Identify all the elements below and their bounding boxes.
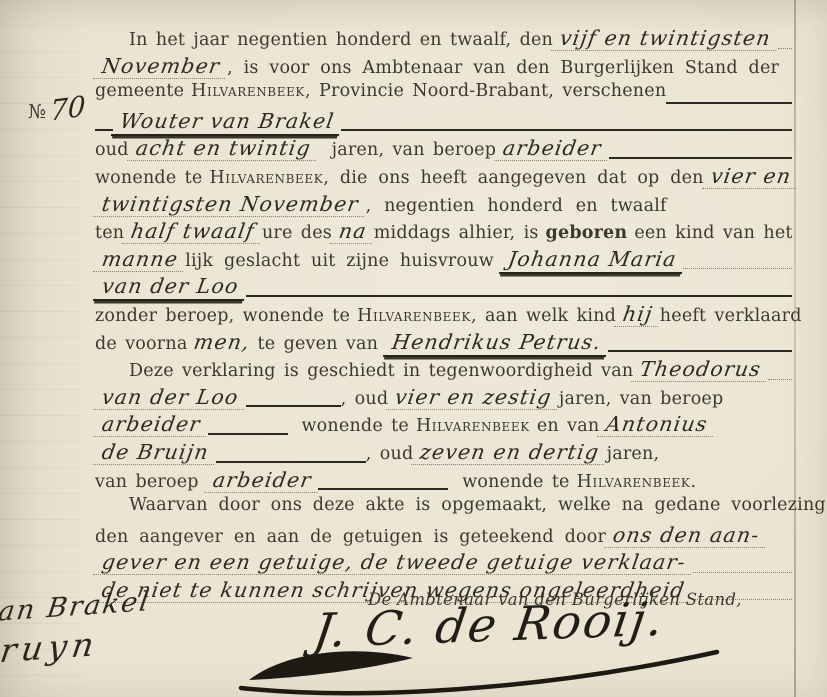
dash-line bbox=[95, 127, 113, 131]
document-line: wonende te Hilvarenbeek , die ons heeft … bbox=[95, 164, 792, 192]
fill-line bbox=[246, 293, 792, 297]
handwritten-entry: acht en twintig bbox=[127, 136, 320, 161]
document-line: Waarvan door ons deze akte is opgemaakt,… bbox=[95, 495, 792, 523]
document-line: de Bruijn , oud zeven en dertig jaren, bbox=[95, 440, 792, 468]
fill-line bbox=[683, 265, 792, 269]
printed-text: , die ons heeft aangegeven dat op den bbox=[323, 168, 703, 188]
handwritten-entry: na bbox=[330, 219, 376, 244]
dash-line bbox=[318, 486, 448, 490]
handwritten-entry: men, bbox=[186, 330, 260, 354]
handwritten-name: van der Loo bbox=[93, 274, 248, 301]
document-line: November , is voor ons Ambtenaar van den… bbox=[95, 54, 792, 82]
fill-line bbox=[608, 348, 792, 352]
document-line: ten half twaalf ure des na middags alhie… bbox=[95, 219, 792, 247]
handwritten-entry: manne bbox=[93, 247, 187, 272]
printed-text: Hilvarenbeek bbox=[191, 81, 305, 101]
handwritten-entry: arbeider bbox=[93, 412, 209, 437]
printed-text: . bbox=[691, 472, 697, 492]
printed-text: heeft verklaard bbox=[660, 306, 802, 326]
document-line: de voorna men, te geven van Hendrikus Pe… bbox=[95, 330, 792, 358]
handwritten-entry: hij bbox=[614, 302, 662, 327]
witness-signatures: van Brakel Bruyn bbox=[0, 592, 149, 666]
handwritten-entry: vier en bbox=[702, 164, 800, 189]
printed-text: jaren, van beroep bbox=[559, 389, 724, 409]
printed-text: Hilvarenbeek bbox=[357, 306, 471, 326]
handwritten-entry: zeven en dertig bbox=[411, 440, 608, 465]
handwritten-name: Hendrikus Petrus. bbox=[383, 330, 610, 357]
fill-line bbox=[693, 569, 792, 573]
printed-text: lijk geslacht uit zijne huisvrouw bbox=[185, 251, 494, 271]
document-line: manne lijk geslacht uit zijne huisvrouw … bbox=[95, 247, 792, 275]
printed-text: wonende te bbox=[302, 416, 409, 436]
printed-text: Waarvan door ons deze akte is opgemaakt,… bbox=[129, 495, 827, 515]
document-line: Deze verklaring is geschiedt in tegenwoo… bbox=[95, 357, 792, 385]
document-line: oud acht en twintig jaren, van beroep ar… bbox=[95, 136, 792, 164]
printed-text: middags alhier, is bbox=[374, 223, 539, 243]
act-body: In het jaar negentien honderd en twaalf,… bbox=[95, 26, 792, 605]
printed-text: ten bbox=[95, 223, 124, 243]
printed-text: te geven van bbox=[258, 334, 379, 354]
dash-line bbox=[246, 403, 341, 407]
fill-line bbox=[666, 100, 792, 104]
handwritten-entry: ons den aan- bbox=[604, 523, 768, 548]
document-line: van der Loo , oud vier en zestig jaren, … bbox=[95, 385, 792, 413]
printed-text: den aangever en aan de getuigen is getee… bbox=[95, 527, 606, 547]
document-line: arbeider wonende te Hilvarenbeek en van … bbox=[95, 412, 792, 440]
handwritten-entry: November bbox=[93, 54, 229, 79]
document-line: gever en een getuige, de tweede getuige … bbox=[95, 550, 792, 578]
page-fold-line bbox=[794, 0, 796, 697]
document-line: gemeente Hilvarenbeek , Provincie Noord-… bbox=[95, 81, 792, 109]
printed-text: Hilvarenbeek bbox=[416, 416, 530, 436]
printed-text: de voorna bbox=[95, 334, 187, 354]
handwritten-entry: vijf en twintigsten bbox=[551, 26, 780, 51]
register-page: №70 In het jaar negentien honderd en twa… bbox=[0, 0, 827, 697]
officer-signature-block: J. C. de Rooij. bbox=[235, 596, 725, 696]
printed-text: een kind van het bbox=[634, 223, 792, 243]
printed-text: In het jaar negentien honderd en twaalf,… bbox=[129, 30, 553, 50]
handwritten-entry: twintigsten November bbox=[93, 192, 368, 217]
act-number-block: №70 bbox=[28, 92, 86, 125]
printed-text: en van bbox=[537, 416, 599, 436]
printed-text: van beroep bbox=[95, 472, 199, 492]
handwritten-entry: de Bruijn bbox=[93, 440, 218, 465]
document-line: van der Loo bbox=[95, 274, 792, 302]
numero-symbol: № bbox=[28, 101, 46, 123]
handwritten-name: Johanna Maria bbox=[499, 247, 686, 274]
fill-line bbox=[778, 45, 792, 49]
printed-text: jaren, bbox=[607, 444, 660, 464]
handwritten-entry: vier en zestig bbox=[386, 385, 561, 410]
document-line: zonder beroep, wonende te Hilvarenbeek ,… bbox=[95, 302, 792, 330]
printed-text-bold: geboren bbox=[546, 223, 628, 243]
handwritten-entry: gever en een getuige, de tweede getuige … bbox=[93, 550, 695, 575]
handwritten-name: Wouter van Brakel bbox=[111, 109, 343, 136]
document-line: van beroep arbeider wonende te Hilvarenb… bbox=[95, 468, 792, 496]
dash-line bbox=[208, 431, 288, 435]
handwritten-entry: van der Loo bbox=[93, 385, 248, 410]
document-line: In het jaar negentien honderd en twaalf,… bbox=[95, 26, 792, 54]
witness-signature: Bruyn bbox=[0, 621, 153, 672]
printed-text: wonende te bbox=[462, 472, 569, 492]
document-line: den aangever en aan de getuigen is getee… bbox=[95, 523, 792, 551]
printed-text: ure des bbox=[262, 223, 332, 243]
printed-text: Hilvarenbeek bbox=[209, 168, 323, 188]
act-number: 70 bbox=[50, 89, 86, 127]
printed-text: , Provincie Noord-Brabant, verschenen bbox=[305, 81, 666, 101]
printed-text: , oud bbox=[366, 444, 414, 464]
fill-line bbox=[341, 127, 792, 131]
dash-line bbox=[216, 459, 366, 463]
printed-text: wonende te bbox=[95, 168, 202, 188]
handwritten-entry: half twaalf bbox=[122, 219, 264, 244]
printed-text: , aan welk kind bbox=[471, 306, 616, 326]
printed-text: , negentien honderd en twaalf bbox=[366, 196, 667, 216]
printed-text: gemeente bbox=[95, 81, 184, 101]
handwritten-entry: Antonius bbox=[597, 412, 717, 437]
printed-text: , is voor ons Ambtenaar van den Burgerli… bbox=[227, 58, 779, 78]
fill-line bbox=[768, 376, 792, 380]
printed-text: jaren, van beroep bbox=[332, 140, 497, 160]
printed-text: , oud bbox=[341, 389, 389, 409]
fill-line bbox=[609, 155, 792, 159]
handwritten-entry: arbeider bbox=[494, 136, 610, 161]
handwritten-entry: Theodorus bbox=[631, 357, 770, 382]
printed-text: Deze verklaring is geschiedt in tegenwoo… bbox=[129, 361, 633, 381]
handwritten-entry: arbeider bbox=[204, 468, 320, 493]
document-line: twintigsten November , negentien honderd… bbox=[95, 192, 792, 220]
printed-text: zonder beroep, wonende te bbox=[95, 306, 350, 326]
printed-text: Hilvarenbeek bbox=[577, 472, 691, 492]
document-line: Wouter van Brakel bbox=[95, 109, 792, 137]
printed-text: oud bbox=[95, 140, 129, 160]
